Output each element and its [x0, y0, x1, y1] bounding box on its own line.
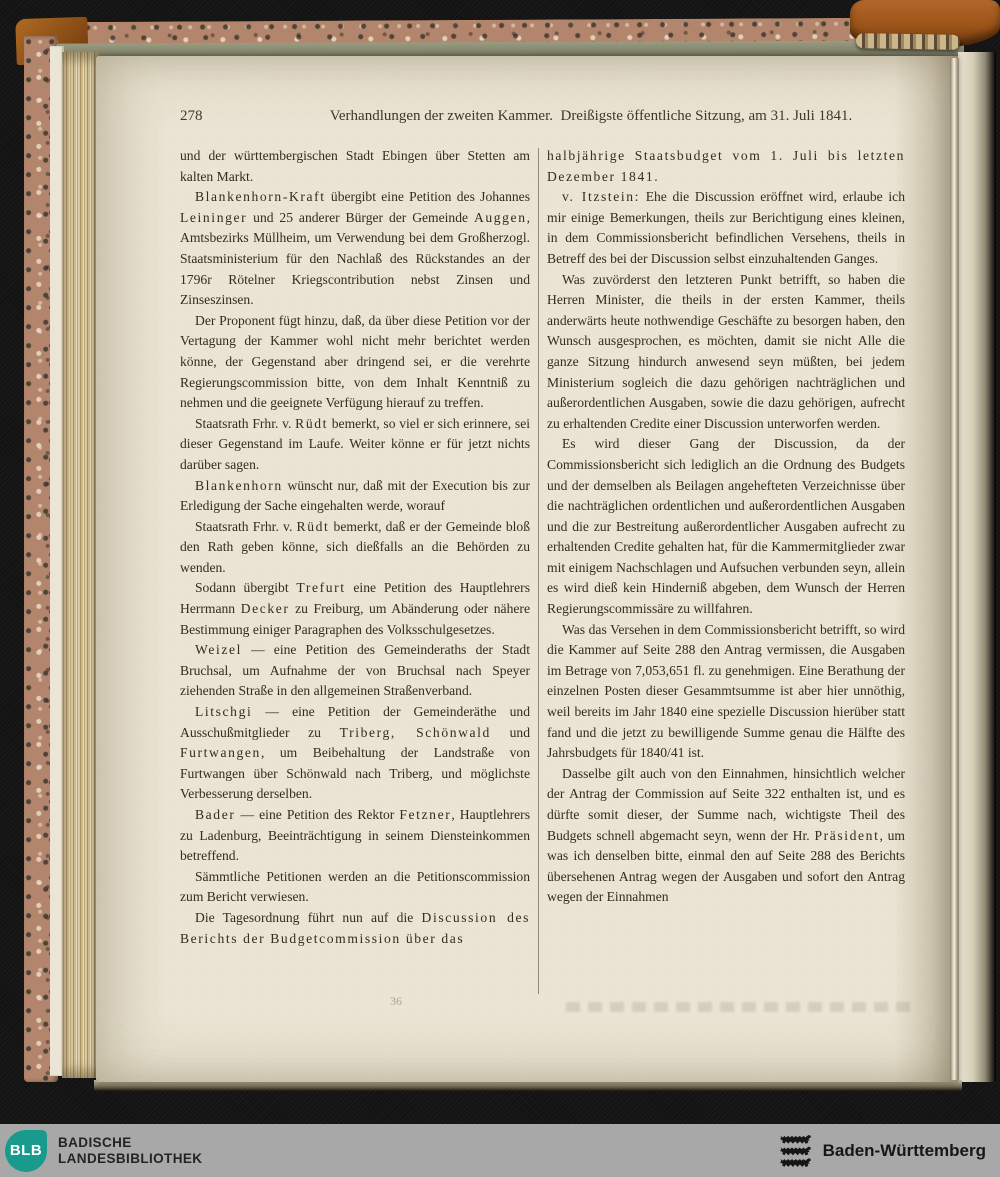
- text-columns: und der württembergischen Stadt Ebingen …: [180, 146, 906, 1004]
- paragraph: Dasselbe gilt auch von den Einnahmen, hi…: [547, 764, 905, 908]
- library-name-line1: BADISCHE: [58, 1135, 202, 1151]
- running-header: Verhandlungen der zweiten Kammer. Dreißi…: [276, 108, 906, 125]
- library-name: BADISCHE LANDESBIBLIOTHEK: [58, 1135, 202, 1167]
- paragraph: Was zuvörderst den letzteren Punkt betri…: [547, 270, 905, 435]
- blb-logo-text: BLB: [10, 1142, 42, 1159]
- paragraph: Staatsrath Frhr. v. Rüdt bemerkt, daß er…: [180, 517, 530, 579]
- book-page: 278 Verhandlungen der zweiten Kammer. Dr…: [96, 56, 958, 1082]
- scan-viewport: 278 Verhandlungen der zweiten Kammer. Dr…: [0, 0, 1000, 1177]
- paragraph: Es wird dieser Gang der Discussion, da d…: [547, 434, 905, 619]
- headband-stitching: [856, 33, 960, 50]
- running-header-row: 278 Verhandlungen der zweiten Kammer. Dr…: [180, 108, 906, 125]
- library-name-line2: LANDESBIBLIOTHEK: [58, 1151, 202, 1167]
- baden-wuerttemberg-coat-of-arms-icon: [779, 1129, 813, 1173]
- paragraph: Was das Versehen in dem Commissionsberic…: [547, 620, 905, 764]
- paragraph: Litschgi — eine Petition der Gemeinderät…: [180, 702, 530, 805]
- signature-mark: 36: [346, 994, 446, 1009]
- paragraph: Staatsrath Frhr. v. Rüdt bemerkt, so vie…: [180, 414, 530, 476]
- page-edges-stack: [62, 52, 100, 1078]
- facing-page-edge: [958, 52, 996, 1082]
- paragraph: Sämmtliche Petitionen werden an die Peti…: [180, 867, 530, 908]
- paragraph: Blankenhorn-Kraft übergibt eine Petition…: [180, 187, 530, 311]
- text-column-right: halbjährige Staatsbudget vom 1. Juli bis…: [547, 146, 905, 1004]
- page-number: 278: [180, 108, 276, 125]
- paragraph: Blankenhorn wünscht nur, daß mit der Exe…: [180, 476, 530, 517]
- paragraph: Die Tagesordnung führt nun auf die Discu…: [180, 908, 530, 949]
- paragraph: halbjährige Staatsbudget vom 1. Juli bis…: [547, 146, 905, 187]
- column-divider: [538, 148, 539, 994]
- paragraph: Der Proponent fügt hinzu, daß, da über d…: [180, 311, 530, 414]
- paragraph: Bader — eine Petition des Rektor Fetzner…: [180, 805, 530, 867]
- state-brand: Baden-Württemberg: [779, 1129, 986, 1173]
- paragraph: und der württembergischen Stadt Ebingen …: [180, 146, 530, 187]
- blb-logo: BLB: [5, 1130, 47, 1172]
- library-brand: BLB BADISCHE LANDESBIBLIOTHEK: [0, 1130, 202, 1172]
- text-column-left: und der württembergischen Stadt Ebingen …: [180, 146, 530, 1004]
- footer-brand-bar: BLB BADISCHE LANDESBIBLIOTHEK Baden-Würt…: [0, 1124, 1000, 1177]
- paragraph: Weizel — eine Petition des Gemeinderaths…: [180, 640, 530, 702]
- state-name: Baden-Württemberg: [823, 1141, 986, 1161]
- paragraph: Sodann übergibt Trefurt eine Petition de…: [180, 578, 530, 640]
- paragraph: v. Itzstein: Ehe die Discussion eröffnet…: [547, 187, 905, 269]
- show-through-smudge: [566, 1002, 916, 1012]
- gutter-crease: [950, 58, 959, 1080]
